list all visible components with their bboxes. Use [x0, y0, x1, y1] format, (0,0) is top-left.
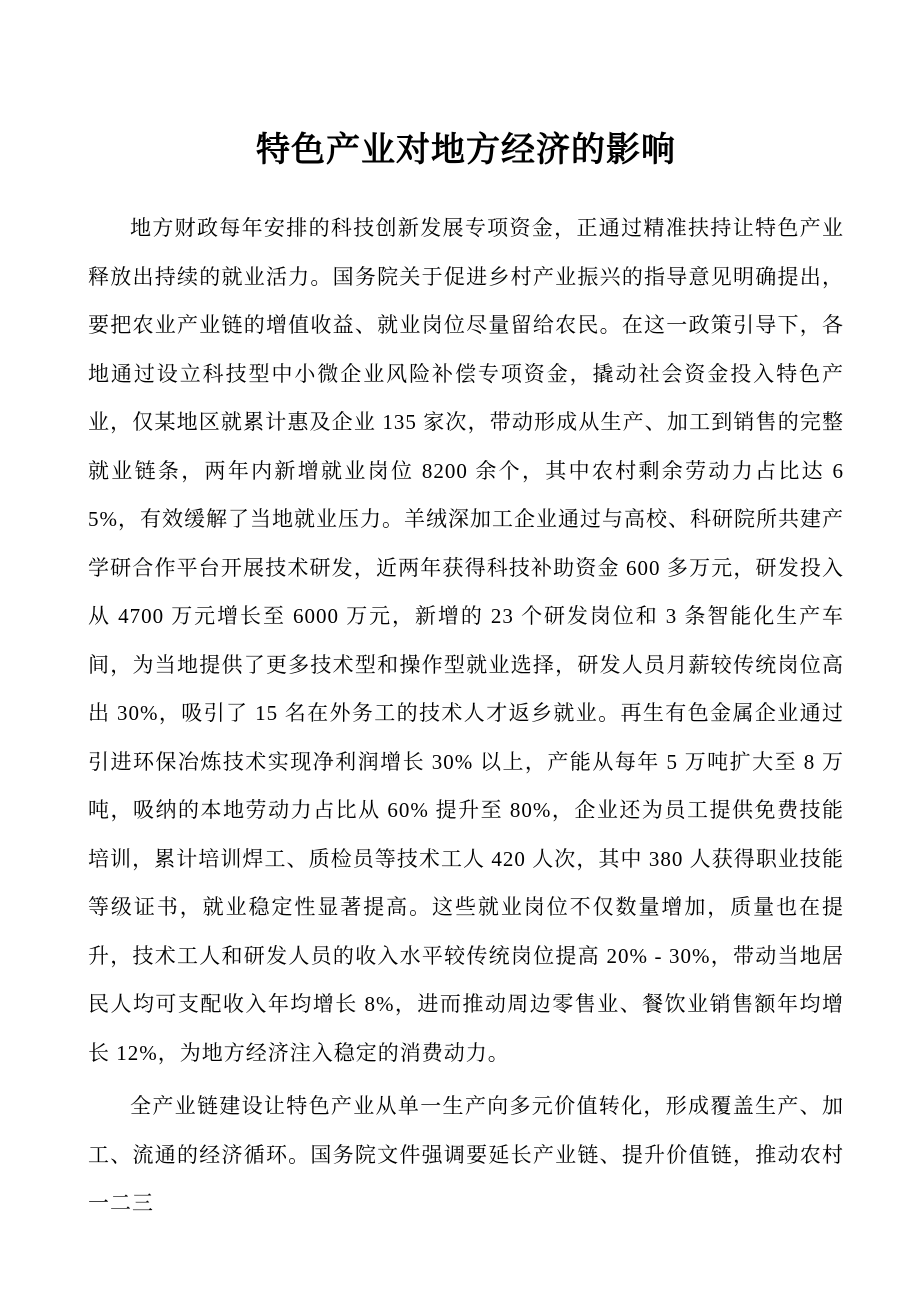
- document-title: 特色产业对地方经济的影响: [88, 126, 844, 174]
- document-page: 特色产业对地方经济的影响 地方财政每年安排的科技创新发展专项资金，正通过精准扶持…: [0, 0, 920, 1302]
- body-paragraph-2: 全产业链建设让特色产业从单一生产向多元价值转化，形成覆盖生产、加工、流通的经济循…: [88, 1082, 844, 1228]
- body-paragraph-1: 地方财政每年安排的科技创新发展专项资金，正通过精准扶持让特色产业释放出持续的就业…: [88, 204, 844, 1077]
